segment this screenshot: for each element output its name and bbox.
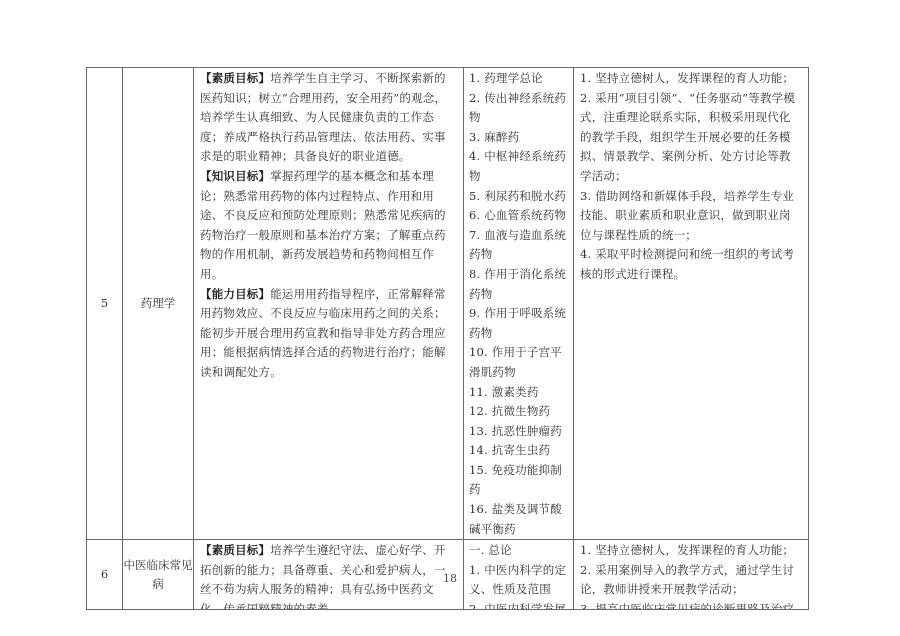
content-item: 10. 作用于子宫平滑肌药物	[469, 343, 570, 382]
content-item: 9. 作用于呼吸系统药物	[469, 304, 570, 343]
content-item: 11. 激素类药	[469, 383, 570, 403]
contents-cell: 1. 药理学总论 2. 传出神经系统药物 3. 麻醉药 4. 中枢神经系统药物 …	[464, 68, 574, 540]
objective-quality: 【素质目标】培养学生自主学习、不断探索新的医药知识；树立“合理用药，安全用药”的…	[200, 69, 457, 167]
requirement-item: 3. 借助网络和新媒体手段，培养学生专业技能、职业素质和职业意识，做到职业岗位与…	[580, 187, 802, 246]
curriculum-table: 5 药理学 【素质目标】培养学生自主学习、不断探索新的医药知识；树立“合理用药，…	[86, 67, 809, 610]
requirement-item: 4. 采取平时检测提问和统一组织的考试考核的形式进行课程。	[580, 245, 802, 284]
objective-text: 掌握药理学的基本概念和基本理论；熟悉常用药物的体内过程特点、作用和用途、不良反应…	[200, 169, 446, 281]
content-item: 5. 利尿药和脱水药	[469, 187, 570, 207]
content-item: 12. 抗微生物药	[469, 402, 570, 422]
objective-tag: 【素质目标】	[200, 543, 270, 557]
content-item: 2. 中医内科学发展简	[469, 600, 570, 609]
course-name-cell: 药理学	[123, 68, 194, 540]
content-item: 14. 抗寄生虫药	[469, 441, 570, 461]
requirement-item: 1. 坚持立德树人，发挥课程的育人功能；	[580, 541, 802, 561]
requirement-item: 3. 提高中医临床常见病的诊断思路及治疗能	[580, 600, 802, 609]
row-index-cell: 5	[87, 68, 123, 540]
table-row: 5 药理学 【素质目标】培养学生自主学习、不断探索新的医药知识；树立“合理用药，…	[87, 68, 809, 540]
content-item: 16. 盐类及调节酸碱平衡药	[469, 500, 570, 539]
content-item: 4. 中枢神经系统药物	[469, 147, 570, 186]
page-number: 18	[0, 572, 900, 585]
objective-knowledge: 【知识目标】掌握药理学的基本概念和基本理论；熟悉常用药物的体内过程特点、作用和用…	[200, 167, 457, 285]
requirement-item: 2. 采用“项目引领”、“任务驱动”等教学模式，注重理论联系实际，积极采用现代化…	[580, 89, 802, 187]
requirement-item: 1. 坚持立德树人，发挥课程的育人功能；	[580, 69, 802, 89]
content-item: 13. 抗恶性肿瘤药	[469, 422, 570, 442]
objective-tag: 【知识目标】	[200, 169, 270, 183]
objectives-cell: 【素质目标】培养学生自主学习、不断探索新的医药知识；树立“合理用药，安全用药”的…	[194, 68, 464, 540]
content-item: 7. 血液与造血系统药物	[469, 226, 570, 265]
content-item: 2. 传出神经系统药物	[469, 89, 570, 128]
objective-tag: 【能力目标】	[200, 287, 270, 301]
content-item: 3. 麻醉药	[469, 128, 570, 148]
content-item: 1. 药理学总论	[469, 69, 570, 89]
objective-tag: 【素质目标】	[200, 71, 270, 85]
content-item: 8. 作用于消化系统药物	[469, 265, 570, 304]
objective-ability: 【能力目标】能运用用药指导程序，正常解释常用药物效应、不良反应与临床用药之间的关…	[200, 285, 457, 383]
content-item: 一. 总论	[469, 541, 570, 561]
content-item: 15. 免疫功能抑制药	[469, 461, 570, 500]
content-item: 6. 心血管系统药物	[469, 206, 570, 226]
requirements-cell: 1. 坚持立德树人，发挥课程的育人功能； 2. 采用“项目引领”、“任务驱动”等…	[574, 68, 809, 540]
